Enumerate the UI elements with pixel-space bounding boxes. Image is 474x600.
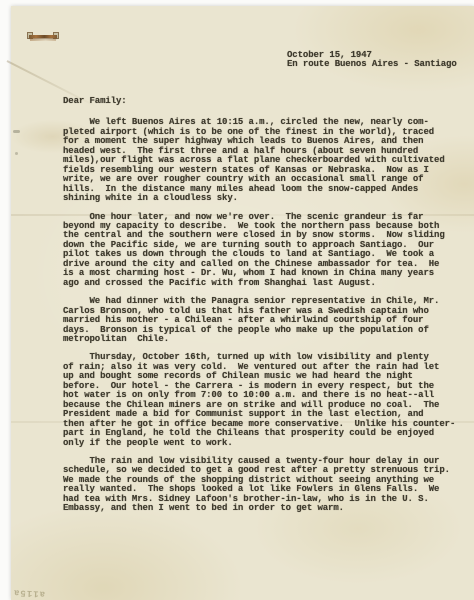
letter-body: Dear Family: We left Buenos Aires at 10:… <box>63 97 463 523</box>
letter-paper: October 15, 1947 En route Buenos Aires -… <box>11 6 474 600</box>
paper-speck <box>13 130 20 133</box>
letter-route: En route Buenos Aires - Santiago <box>287 60 457 69</box>
letter-paragraph-2: One hour later, and now we're over. The … <box>63 213 463 289</box>
letter-paragraph-5: The rain and low visibility caused a twe… <box>63 457 463 514</box>
letter-paragraph-1: We left Buenos Aires at 10:15 a.m., circ… <box>63 118 463 203</box>
staple-mark-icon <box>26 30 60 42</box>
letter-salutation: Dear Family: <box>63 97 463 106</box>
paper-speck <box>15 152 18 155</box>
letter-header: October 15, 1947 En route Buenos Aires -… <box>287 51 457 70</box>
archive-stamp-annotation: a115a <box>13 587 45 599</box>
letter-paragraph-4: Thursday, October 16th, turned up with l… <box>63 353 463 448</box>
letter-paragraph-3: We had dinner with the Panagra senior re… <box>63 297 463 344</box>
